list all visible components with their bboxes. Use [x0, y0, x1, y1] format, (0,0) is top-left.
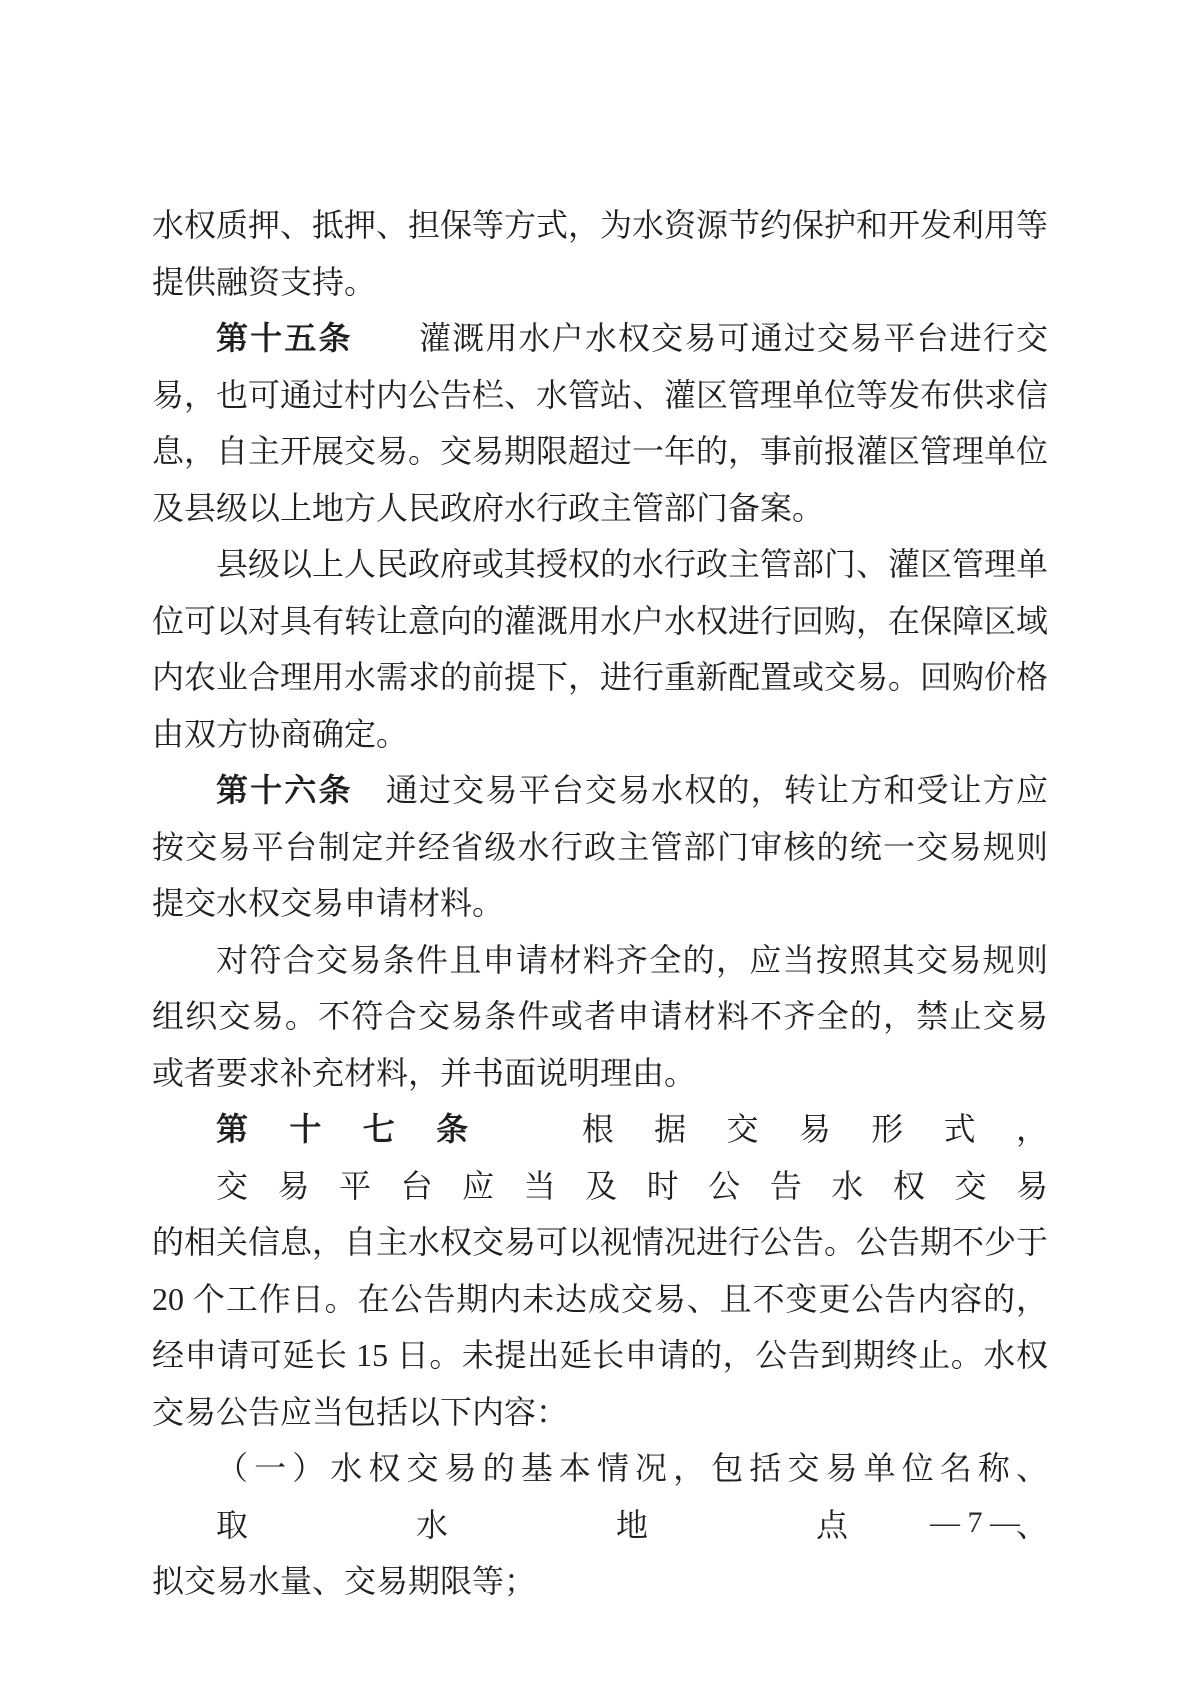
text-line: （一）水权交易的基本情况，包括交易单位名称、取水地点、 [152, 1440, 1048, 1553]
text-line: 第十六条 通过交易平台交易水权的，转让方和受让方应 [152, 762, 1048, 819]
text-line: 拟交易水量、交易期限等； [152, 1553, 1048, 1610]
text-line: 易，也可通过村内公告栏、水管站、灌区管理单位等发布供求信 [152, 367, 1048, 424]
text-line: 息，自主开展交易。交易期限超过一年的，事前报灌区管理单位 [152, 423, 1048, 480]
text-line: 交易公告应当包括以下内容： [152, 1384, 1048, 1441]
document-body: 水权质押、抵押、担保等方式，为水资源节约保护和开发利用等提供融资支持。第十五条 … [152, 197, 1048, 1610]
paragraph: 对符合交易条件且申请材料齐全的，应当按照其交易规则组织交易。不符合交易条件或者申… [152, 932, 1048, 1102]
paragraph: 第十七条 根据交易形式，交易平台应当及时公告水权交易的相关信息，自主水权交易可以… [152, 1101, 1048, 1440]
page-number: — 7 — [930, 1503, 1020, 1543]
article-term: 第十六条 [216, 772, 353, 808]
paragraph: 县级以上人民政府或其授权的水行政主管部门、灌区管理单位可以对具有转让意向的灌溉用… [152, 536, 1048, 762]
text-line: 第十五条 灌溉用水户水权交易可通过交易平台进行交 [152, 310, 1048, 367]
text-line: 及县级以上地方人民政府水行政主管部门备案。 [152, 480, 1048, 537]
text-line: 县级以上人民政府或其授权的水行政主管部门、灌区管理单 [152, 536, 1048, 593]
text-line: 提供融资支持。 [152, 254, 1048, 311]
document-page: 水权质押、抵押、担保等方式，为水资源节约保护和开发利用等提供融资支持。第十五条 … [0, 0, 1200, 1697]
text-line: 对符合交易条件且申请材料齐全的，应当按照其交易规则 [152, 932, 1048, 989]
paragraph: 水权质押、抵押、担保等方式，为水资源节约保护和开发利用等提供融资支持。 [152, 197, 1048, 310]
text-line: 按交易平台制定并经省级水行政主管部门审核的统一交易规则 [152, 819, 1048, 876]
text-line: 20 个工作日。在公告期内未达成交易、且不变更公告内容的， [152, 1271, 1048, 1328]
paragraph: 第十五条 灌溉用水户水权交易可通过交易平台进行交易，也可通过村内公告栏、水管站、… [152, 310, 1048, 536]
text-line: 提交水权交易申请材料。 [152, 875, 1048, 932]
text-line: 第十七条 根据交易形式，交易平台应当及时公告水权交易 [152, 1101, 1048, 1214]
text-line: 内农业合理用水需求的前提下，进行重新配置或交易。回购价格 [152, 649, 1048, 706]
article-term: 第十五条 [216, 320, 353, 356]
paragraph: （一）水权交易的基本情况，包括交易单位名称、取水地点、拟交易水量、交易期限等； [152, 1440, 1048, 1610]
text-line: 水权质押、抵押、担保等方式，为水资源节约保护和开发利用等 [152, 197, 1048, 254]
text-line: 位可以对具有转让意向的灌溉用水户水权进行回购，在保障区域 [152, 593, 1048, 650]
text-line: 的相关信息，自主水权交易可以视情况进行公告。公告期不少于 [152, 1214, 1048, 1271]
article-term: 第十七条 [216, 1111, 509, 1147]
text-line: 组织交易。不符合交易条件或者申请材料不齐全的，禁止交易 [152, 988, 1048, 1045]
text-line: 或者要求补充材料，并书面说明理由。 [152, 1045, 1048, 1102]
text-line: 经申请可延长 15 日。未提出延长申请的，公告到期终止。水权 [152, 1327, 1048, 1384]
paragraph: 第十六条 通过交易平台交易水权的，转让方和受让方应按交易平台制定并经省级水行政主… [152, 762, 1048, 932]
text-line: 由双方协商确定。 [152, 706, 1048, 763]
